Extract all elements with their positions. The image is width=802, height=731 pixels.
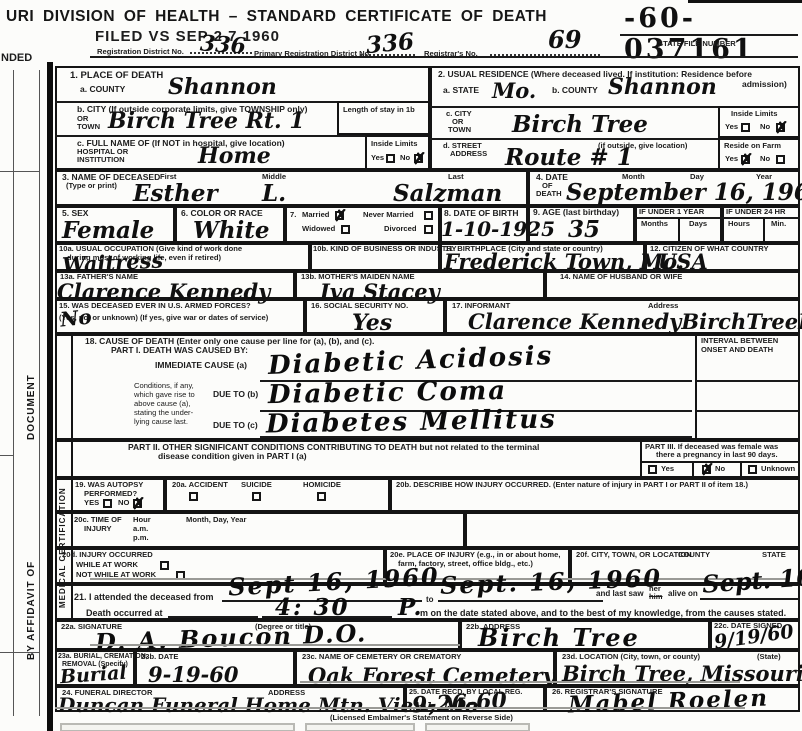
place-of-death-title: 1. PLACE OF DEATH <box>70 71 163 82</box>
homicide-label: HOMICIDE <box>303 481 341 490</box>
informant-value: Clarence KennedyBirchTreeRt.1 Mo <box>468 311 802 332</box>
widowed-label: Widowed <box>302 225 335 234</box>
widowed-checkbox <box>341 225 350 234</box>
preg-no-checkbox <box>702 465 711 474</box>
primary-district-value: 336 <box>365 30 415 57</box>
death-occurred-post: m on the date stated above, and to the b… <box>420 608 786 618</box>
injury-county-label: COUNTY <box>678 551 710 560</box>
conditions-note-5: lying cause last. <box>134 418 188 427</box>
pod-inside-yes-checkbox <box>386 154 395 163</box>
margin-affidavit-label: BY AFFIDAVIT OF <box>26 561 37 660</box>
homicide-checkbox <box>317 492 326 501</box>
filed-date-stamp: FILED VS SEP 2 7 1960 <box>95 28 280 45</box>
pm-label: p.m. <box>133 534 149 543</box>
burial-type-value: Burial <box>59 664 127 688</box>
name-middle-value: L. <box>262 182 286 205</box>
pod-hospital-value: Home <box>198 145 271 167</box>
accident-checkbox <box>189 492 198 501</box>
farm-no-label: No <box>760 155 770 164</box>
margin-document-label: DOCUMENT <box>26 374 37 440</box>
preg-unknown-label: Unknown <box>761 465 795 474</box>
usual-residence-title2: admission) <box>742 80 787 90</box>
burial-date-label: 23b. DATE <box>141 653 178 662</box>
registrar-signature-value: Mabel Roelen <box>568 686 770 716</box>
attend-alive-line <box>700 598 798 600</box>
res-city-value: Birch Tree <box>512 113 648 136</box>
interval-label-2: ONSET AND DEATH <box>701 346 773 355</box>
autopsy-yes-label: YES <box>84 499 99 508</box>
marital-item-label: 7. <box>290 211 296 220</box>
bottom-gray-line <box>55 707 745 709</box>
part3-line2: there a pregnancy in last 90 days. <box>656 451 778 460</box>
res-inside-no-checkbox <box>776 123 785 132</box>
burial-date-value: 9-19-60 <box>148 664 239 685</box>
attend-pre-label: 21. I attended the deceased from <box>74 592 214 602</box>
injury-state-label: STATE <box>762 551 786 560</box>
res-street-value: Route # 1 <box>505 146 633 169</box>
certifier-address-value: Birch Tree <box>478 626 640 650</box>
attend-aliveon-label: alive on <box>668 589 698 598</box>
date-of-death-label3: DEATH <box>536 190 562 199</box>
under-1-year-label: IF UNDER 1 YEAR <box>639 208 704 217</box>
injury-occurred-label: 20d. INJURY OCCURRED <box>62 551 153 560</box>
pod-hospital-label3: INSTITUTION <box>77 156 125 165</box>
pod-county-label: a. COUNTY <box>80 85 125 95</box>
name-first-value: Esther <box>133 182 218 205</box>
never-married-checkbox <box>424 211 433 220</box>
time-of-injury-label-2: INJURY <box>84 525 112 534</box>
burial-gray-line <box>300 681 740 683</box>
header-rule <box>90 56 798 58</box>
min-label: Min. <box>771 220 786 229</box>
divorced-label: Divorced <box>384 225 417 234</box>
accident-label: 20a. ACCIDENT <box>172 481 228 490</box>
embalmer-footer: (Licensed Embalmer's Statement on Revers… <box>330 714 513 723</box>
never-married-label: Never Married <box>363 211 414 220</box>
due-to-c-label: DUE TO (c) <box>213 421 258 431</box>
under24-divider-v <box>763 217 765 243</box>
death-time-line <box>262 616 392 618</box>
race-value: White <box>193 219 270 242</box>
res-address-label: ADDRESS <box>450 150 487 159</box>
res-inside-no-label: No <box>760 123 770 132</box>
scan-artifact-box-2 <box>305 723 415 731</box>
res-county-value: Shannon <box>608 76 717 98</box>
margin-tick-2 <box>0 455 13 456</box>
res-state-label: a. STATE <box>443 86 479 96</box>
cause-part1-label: PART I. DEATH WAS CAUSED BY: <box>111 346 248 356</box>
preg-yes-label: Yes <box>661 465 674 474</box>
death-occurred-line <box>168 616 258 618</box>
due-to-b-value: Diabetic Coma <box>268 378 508 408</box>
res-inside-limits-label: Inside Limits <box>731 110 777 119</box>
margin-rule-2 <box>39 70 40 716</box>
res-county-label: b. COUNTY <box>552 86 598 96</box>
business-label: 10b. KIND OF BUSINESS OR INDUSTRY <box>313 245 457 254</box>
pod-inside-no-checkbox <box>414 154 423 163</box>
res-inside-yes-checkbox <box>741 123 750 132</box>
while-at-work-label: WHILE AT WORK <box>76 561 138 570</box>
preg-div-1 <box>692 461 694 478</box>
form-left-border <box>47 62 53 731</box>
pod-city-value: Birch Tree Rt. 1 <box>108 110 305 132</box>
cemetery-label: 23c. NAME OF CEMETERY OR CREMATORY <box>302 653 461 662</box>
registration-district-value: 336 <box>199 32 246 57</box>
registrar-no-value: 69 <box>548 28 581 52</box>
under1-divider-v <box>678 217 680 243</box>
date-of-death-value: September 16, 1960 <box>566 181 802 204</box>
res-inside-yes-label: Yes <box>725 123 738 132</box>
injury-city-label: 20f. CITY, TOWN, OR LOCATION <box>576 551 692 560</box>
describe-injury-label: 20b. DESCRIBE HOW INJURY OCCURRED. (Ente… <box>396 481 748 490</box>
suicide-checkbox <box>252 492 261 501</box>
interval-column-divider <box>695 334 697 440</box>
death-certificate-scan: NDED DOCUMENT BY AFFIDAVIT OF URI DIVISI… <box>0 0 802 731</box>
farm-no-checkbox <box>776 155 785 164</box>
immediate-cause-label: IMMEDIATE CAUSE (a) <box>155 361 247 371</box>
sex-value: Female <box>62 219 154 242</box>
res-town-label: TOWN <box>448 126 471 135</box>
citizen-value: USA <box>658 251 708 272</box>
attend-lastsaw-label: and last saw <box>596 589 644 598</box>
margin-tick-1 <box>0 171 39 172</box>
length-of-stay-label: Length of stay in 1b <box>343 106 415 115</box>
pod-inside-yes-label: Yes <box>371 154 384 163</box>
margin-rule-1 <box>13 70 14 716</box>
pod-inside-limits-label: Inside Limits <box>371 140 417 149</box>
preg-yes-checkbox <box>648 465 657 474</box>
under-24-hr-label: IF UNDER 24 HR <box>726 208 786 217</box>
interval-tick-1 <box>697 380 798 382</box>
scan-artifact-box-3 <box>425 723 530 731</box>
state-file-label: STATE FILE NUMBER <box>658 40 736 49</box>
preg-no-label: No <box>715 465 725 474</box>
autopsy-no-checkbox <box>133 499 142 508</box>
pod-inside-no-label: No <box>400 154 410 163</box>
part2-line2: disease condition given in PART I (a) <box>158 452 307 462</box>
armed-forces-value: No <box>59 306 93 329</box>
signature-gray-line <box>90 644 460 646</box>
name-of-deceased-note: (Type or print) <box>66 182 117 191</box>
ssn-value: Yes <box>352 312 392 334</box>
attend-to-line <box>438 600 603 602</box>
farm-yes-checkbox <box>741 155 750 164</box>
days-label: Days <box>689 220 707 229</box>
cause-c-line <box>260 436 692 438</box>
attend-him-label: him <box>649 593 663 602</box>
death-occurred-pre: Death occurred at <box>86 608 163 618</box>
interval-tick-2 <box>697 410 798 412</box>
age-value: 35 <box>568 218 600 241</box>
pod-town-label: TOWN <box>77 123 100 132</box>
scan-artifact-box-1 <box>60 723 295 731</box>
months-label: Months <box>641 220 668 229</box>
box-20c-right-blank <box>465 512 800 548</box>
farm-yes-label: Yes <box>725 155 738 164</box>
while-at-work-checkbox <box>160 561 169 570</box>
res-state-value: Mo. <box>492 80 536 101</box>
autopsy-yes-checkbox <box>103 499 112 508</box>
preg-unknown-checkbox <box>748 465 757 474</box>
suicide-label: SUICIDE <box>241 481 272 490</box>
autopsy-no-label: NO <box>118 499 129 508</box>
month-day-year-label: Month, Day, Year <box>186 516 247 525</box>
hours-label: Hours <box>728 220 750 229</box>
pod-county-value: Shannon <box>168 76 277 98</box>
state-file-rule <box>620 34 798 36</box>
form-title: URI DIVISION OF HEALTH – STANDARD CERTIF… <box>6 8 547 26</box>
married-checkbox <box>335 211 344 220</box>
due-to-b-label: DUE TO (b) <box>213 390 258 400</box>
name-last-value: Salzman <box>393 182 502 205</box>
amended-stamp-fragment: NDED <box>1 52 32 65</box>
married-label: Married <box>302 211 329 220</box>
preg-div-2 <box>740 461 742 478</box>
divorced-checkbox <box>424 225 433 234</box>
due-to-c-value: Diabetes Mellitus <box>266 406 557 437</box>
attend-to-label: to <box>426 595 434 604</box>
spouse-name-label: 14. NAME OF HUSBAND OR WIFE <box>560 273 682 282</box>
